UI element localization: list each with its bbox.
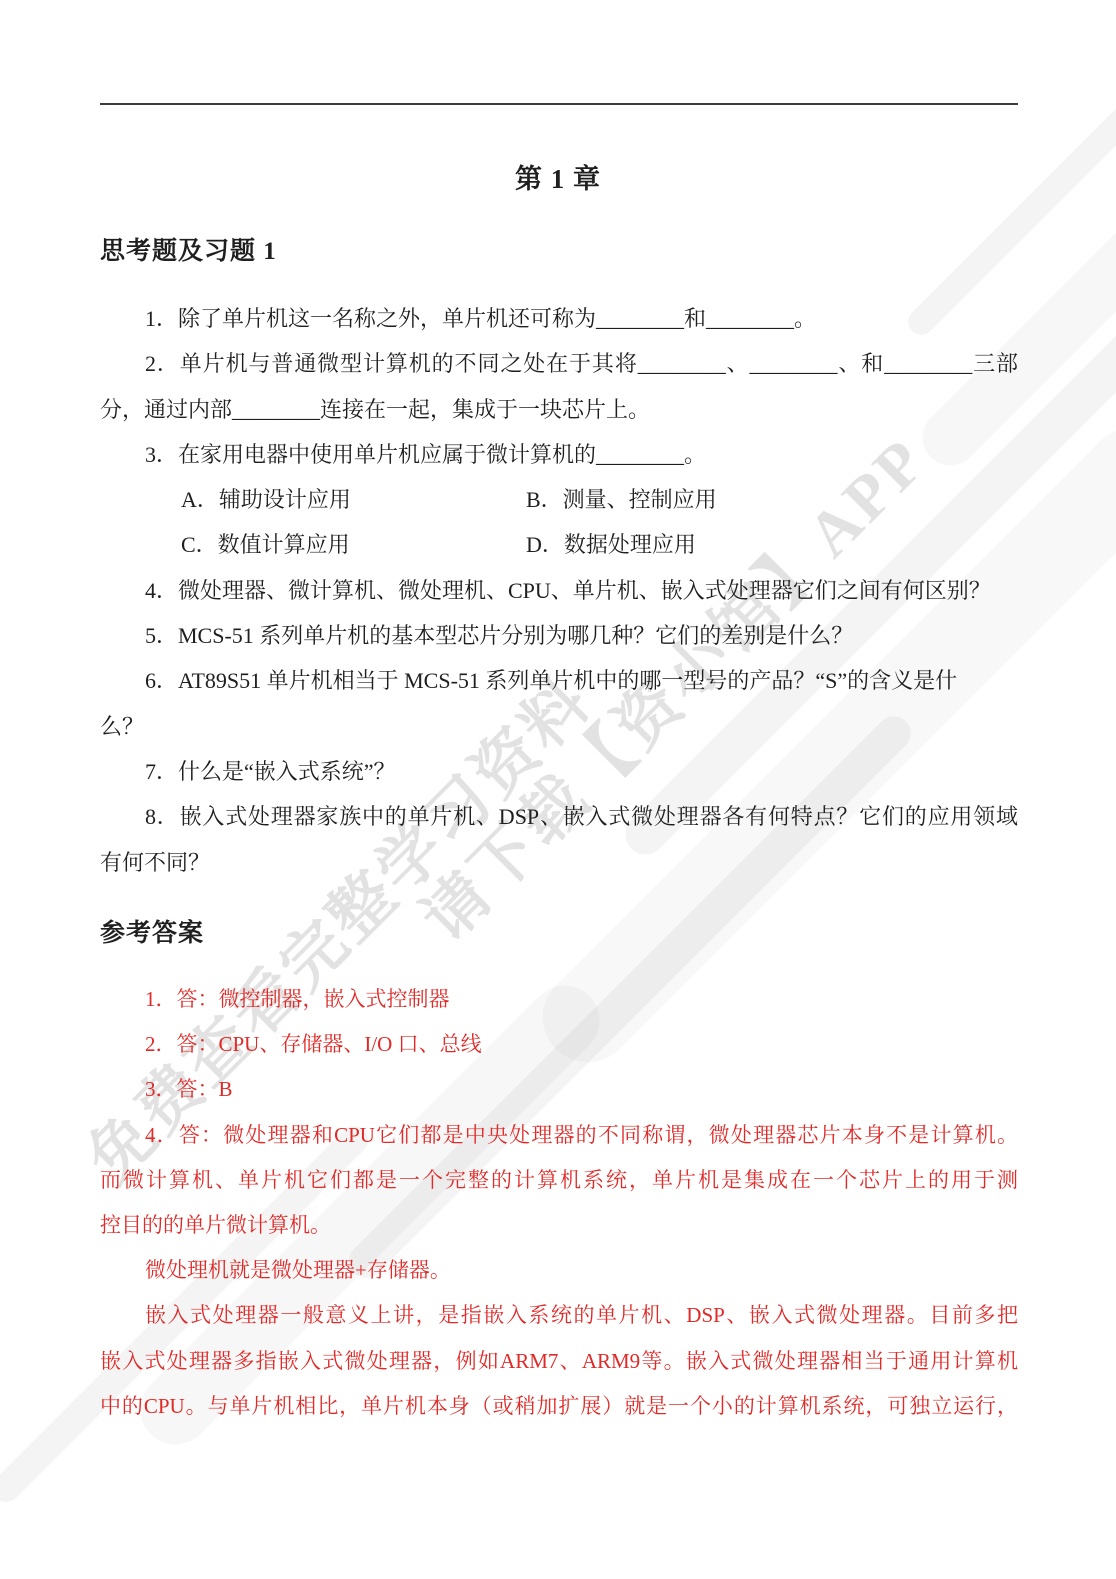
option-b: B．测量、控制应用	[526, 477, 717, 522]
question-2-line1: 2．单片机与普通微型计算机的不同之处在于其将________、________、…	[100, 341, 1018, 386]
question-2-line2: 分，通过内部________连接在一起，集成于一块芯片上。	[100, 387, 1018, 432]
question-4: 4．微处理器、微计算机、微处理机、CPU、单片机、嵌入式处理器它们之间有何区别？	[100, 568, 1018, 613]
question-6-line1: 6．AT89S51 单片机相当于 MCS-51 系列单片机中的哪一型号的产品？“…	[100, 658, 1018, 703]
answer-4-line7: 中的CPU。与单片机相比，单片机本身（或稍加扩展）就是一个小的计算机系统，可独立…	[100, 1384, 1018, 1429]
answer-1: 1．答：微控制器，嵌入式控制器	[100, 977, 1018, 1022]
option-d: D．数据处理应用	[526, 522, 696, 567]
answer-2: 2．答：CPU、存储器、I/O 口、总线	[100, 1022, 1018, 1067]
answer-4-line3: 控目的的单片微计算机。	[100, 1203, 1018, 1248]
section-title: 思考题及习题 1	[100, 231, 277, 267]
answer-4-line5: 嵌入式处理器一般意义上讲，是指嵌入系统的单片机、DSP、嵌入式微处理器。目前多把	[100, 1293, 1018, 1338]
answer-3: 3．答：B	[100, 1067, 1018, 1112]
question-8-line1: 8．嵌入式处理器家族中的单片机、DSP、嵌入式微处理器各有何特点？它们的应用领域	[100, 794, 1018, 839]
question-7: 7．什么是“嵌入式系统”？	[100, 749, 1018, 794]
answer-4-line4: 微处理机就是微处理器+存储器。	[100, 1248, 1018, 1293]
question-8-line2: 有何不同？	[100, 840, 1018, 885]
chapter-title: 第 1 章	[0, 157, 1116, 196]
page-content: 第 1 章 思考题及习题 1 1．除了单片机这一名称之外，单片机还可称为____…	[0, 0, 1116, 1579]
options-row-ab: A．辅助设计应用 B．测量、控制应用	[100, 477, 1018, 522]
answer-4-line1: 4．答：微处理器和CPU它们都是中央处理器的不同称谓，微处理器芯片本身不是计算机…	[100, 1113, 1018, 1158]
option-c: C．数值计算应用	[181, 522, 526, 567]
header-rule	[100, 103, 1018, 105]
questions-block: 1．除了单片机这一名称之外，单片机还可称为________和________。 …	[100, 296, 1018, 885]
question-1: 1．除了单片机这一名称之外，单片机还可称为________和________。	[100, 296, 1018, 341]
answers-title: 参考答案	[100, 913, 204, 949]
answers-block: 1．答：微控制器，嵌入式控制器 2．答：CPU、存储器、I/O 口、总线 3．答…	[100, 977, 1018, 1429]
options-row-cd: C．数值计算应用 D．数据处理应用	[100, 522, 1018, 567]
answer-4-line6: 嵌入式处理器多指嵌入式微处理器，例如ARM7、ARM9等。嵌入式微处理器相当于通…	[100, 1339, 1018, 1384]
question-5: 5．MCS-51 系列单片机的基本型芯片分别为哪几种？它们的差别是什么？	[100, 613, 1018, 658]
option-a: A．辅助设计应用	[181, 477, 526, 522]
answer-4-line2: 而微计算机、单片机它们都是一个完整的计算机系统，单片机是集成在一个芯片上的用于测	[100, 1158, 1018, 1203]
question-6-line2: 么？	[100, 704, 1018, 749]
document-page: 免费查看完整学习资料 请下载【资小馆】APP 第 1 章 思考题及习题 1 1．…	[0, 0, 1116, 1579]
question-3: 3．在家用电器中使用单片机应属于微计算机的________。	[100, 432, 1018, 477]
